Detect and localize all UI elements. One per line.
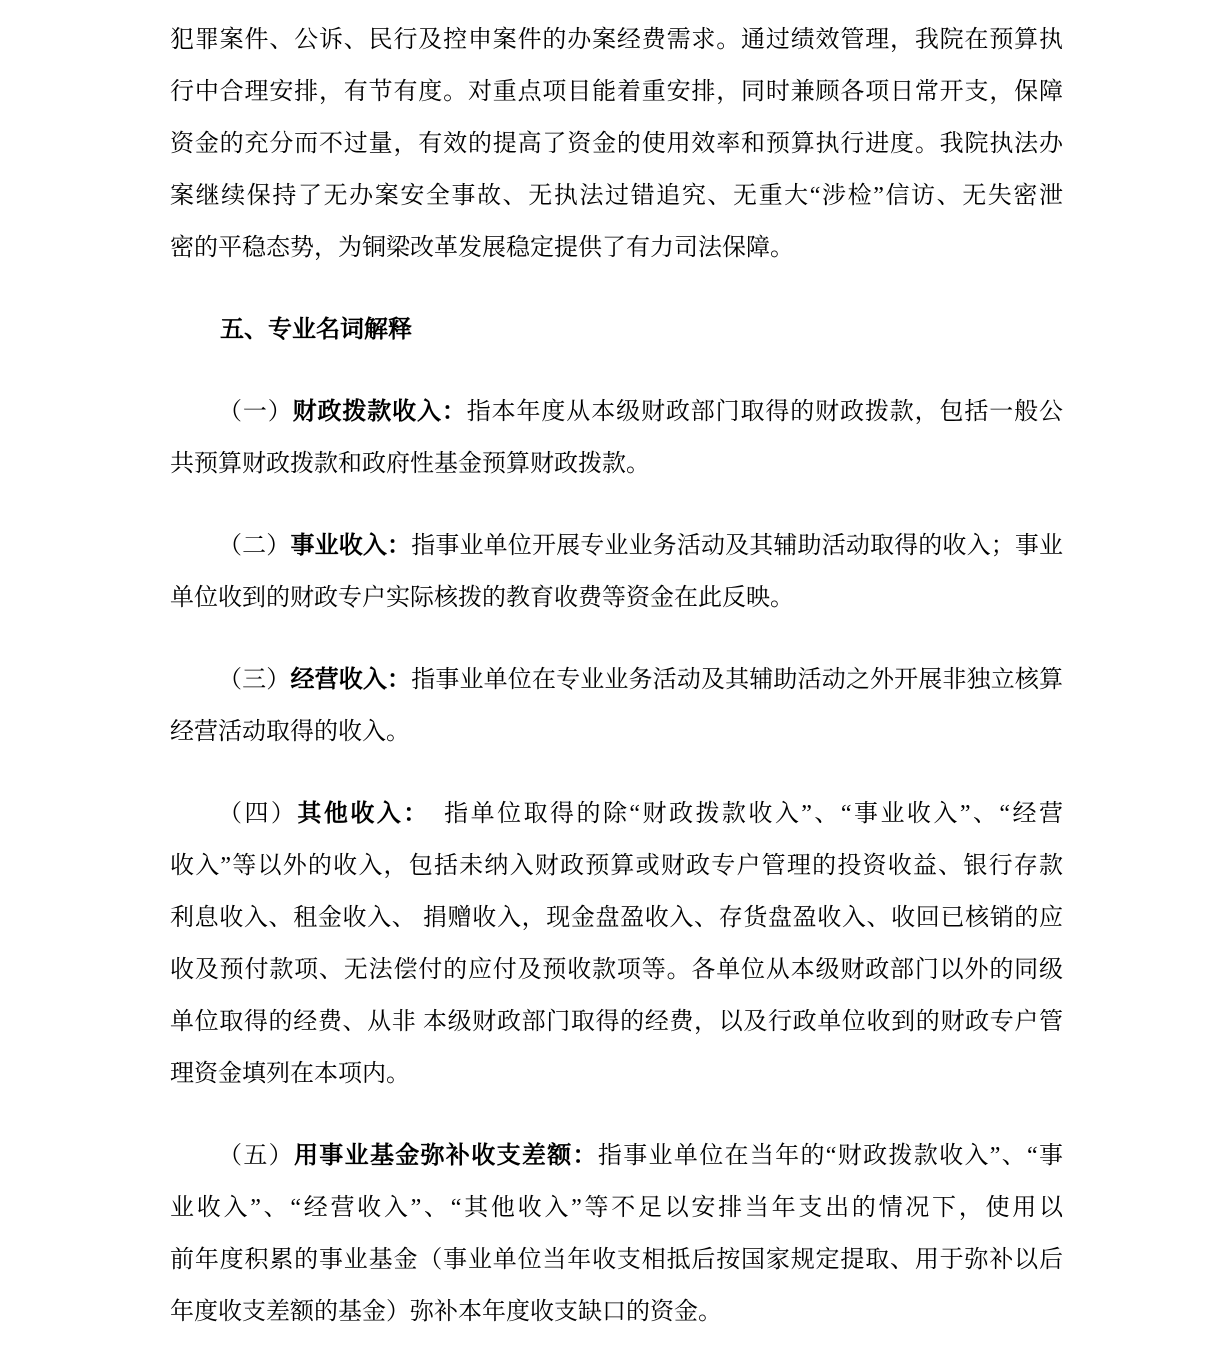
- text-line: 资金的充分而不过量，有效的提高了资金的使用效率和预算执行进度。我院执法办: [170, 118, 1063, 170]
- text-line: （五）用事业基金弥补收支差额：指事业单位在当年的“财政拨款收入”、“事: [170, 1130, 1063, 1182]
- definition-text: 指本年度从本级财政部门取得的财政拨款，包括一般公: [467, 399, 1063, 425]
- text-line: （四）其他收入： 指单位取得的除“财政拨款收入”、“事业收入”、“经营: [170, 788, 1063, 840]
- document-page: 犯罪案件、公诉、民行及控申案件的办案经费需求。通过绩效管理，我院在预算执 行中合…: [0, 0, 1227, 1357]
- text-line: 单位收到的财政专户实际核拨的教育收费等资金在此反映。: [170, 572, 1063, 624]
- definition-2: （二）事业收入：指事业单位开展专业业务活动及其辅助活动取得的收入；事业 单位收到…: [170, 520, 1063, 624]
- text-line: 案继续保持了无办案安全事故、无执法过错追究、无重大“涉检”信访、无失密泄: [170, 170, 1063, 222]
- definition-number: （二）: [218, 533, 290, 559]
- text-line: （二）事业收入：指事业单位开展专业业务活动及其辅助活动取得的收入；事业: [170, 520, 1063, 572]
- text-line: 收及预付款项、无法偿付的应付及预收款项等。各单位从本级财政部门以外的同级: [170, 944, 1063, 996]
- text-line: （三）经营收入：指事业单位在专业业务活动及其辅助活动之外开展非独立核算: [170, 654, 1063, 706]
- text-line: 行中合理安排，有节有度。对重点项目能着重安排，同时兼顾各项日常开支，保障: [170, 66, 1063, 118]
- definition-4: （四）其他收入： 指单位取得的除“财政拨款收入”、“事业收入”、“经营 收入”等…: [170, 788, 1063, 1100]
- intro-paragraph: 犯罪案件、公诉、民行及控申案件的办案经费需求。通过绩效管理，我院在预算执 行中合…: [170, 14, 1063, 274]
- text-line: 犯罪案件、公诉、民行及控申案件的办案经费需求。通过绩效管理，我院在预算执: [170, 14, 1063, 66]
- definition-term: 事业收入：: [290, 533, 411, 559]
- text-line: 密的平稳态势，为铜梁改革发展稳定提供了有力司法保障。: [170, 222, 1063, 274]
- text-line: 共预算财政拨款和政府性基金预算财政拨款。: [170, 438, 1063, 490]
- text-line: （一）财政拨款收入：指本年度从本级财政部门取得的财政拨款，包括一般公: [170, 386, 1063, 438]
- text-line: 理资金填列在本项内。: [170, 1048, 1063, 1100]
- definition-term: 用事业基金弥补收支差额：: [294, 1143, 598, 1169]
- definition-text: 指单位取得的除“财政拨款收入”、“事业收入”、“经营: [418, 801, 1063, 827]
- definition-term: 财政拨款收入：: [293, 399, 467, 425]
- text-line: 业收入”、“经营收入”、“其他收入”等不足以安排当年支出的情况下，使用以: [170, 1182, 1063, 1234]
- definition-term: 经营收入：: [290, 667, 411, 693]
- section-heading: 五、专业名词解释: [170, 304, 1063, 356]
- text-line: 经营活动取得的收入。: [170, 706, 1063, 758]
- text-line: 收入”等以外的收入，包括未纳入财政预算或财政专户管理的投资收益、银行存款: [170, 840, 1063, 892]
- text-line: 利息收入、租金收入、 捐赠收入，现金盘盈收入、存货盘盈收入、收回已核销的应: [170, 892, 1063, 944]
- definition-number: （三）: [218, 667, 290, 693]
- definition-text: 指事业单位在当年的“财政拨款收入”、“事: [598, 1143, 1063, 1169]
- text-line: 年度收支差额的基金）弥补本年度收支缺口的资金。: [170, 1286, 1063, 1338]
- definition-1: （一）财政拨款收入：指本年度从本级财政部门取得的财政拨款，包括一般公 共预算财政…: [170, 386, 1063, 490]
- definition-term: 其他收入：: [297, 801, 417, 827]
- definition-text: 指事业单位在专业业务活动及其辅助活动之外开展非独立核算: [411, 667, 1063, 693]
- definition-5: （五）用事业基金弥补收支差额：指事业单位在当年的“财政拨款收入”、“事 业收入”…: [170, 1130, 1063, 1338]
- definition-number: （四）: [218, 801, 297, 827]
- definition-text: 指事业单位开展专业业务活动及其辅助活动取得的收入；事业: [411, 533, 1063, 559]
- text-line: 前年度积累的事业基金（事业单位当年收支相抵后按国家规定提取、用于弥补以后: [170, 1234, 1063, 1286]
- definition-number: （五）: [218, 1143, 294, 1169]
- definition-number: （一）: [218, 399, 293, 425]
- definition-3: （三）经营收入：指事业单位在专业业务活动及其辅助活动之外开展非独立核算 经营活动…: [170, 654, 1063, 758]
- text-line: 单位取得的经费、从非 本级财政部门取得的经费，以及行政单位收到的财政专户管: [170, 996, 1063, 1048]
